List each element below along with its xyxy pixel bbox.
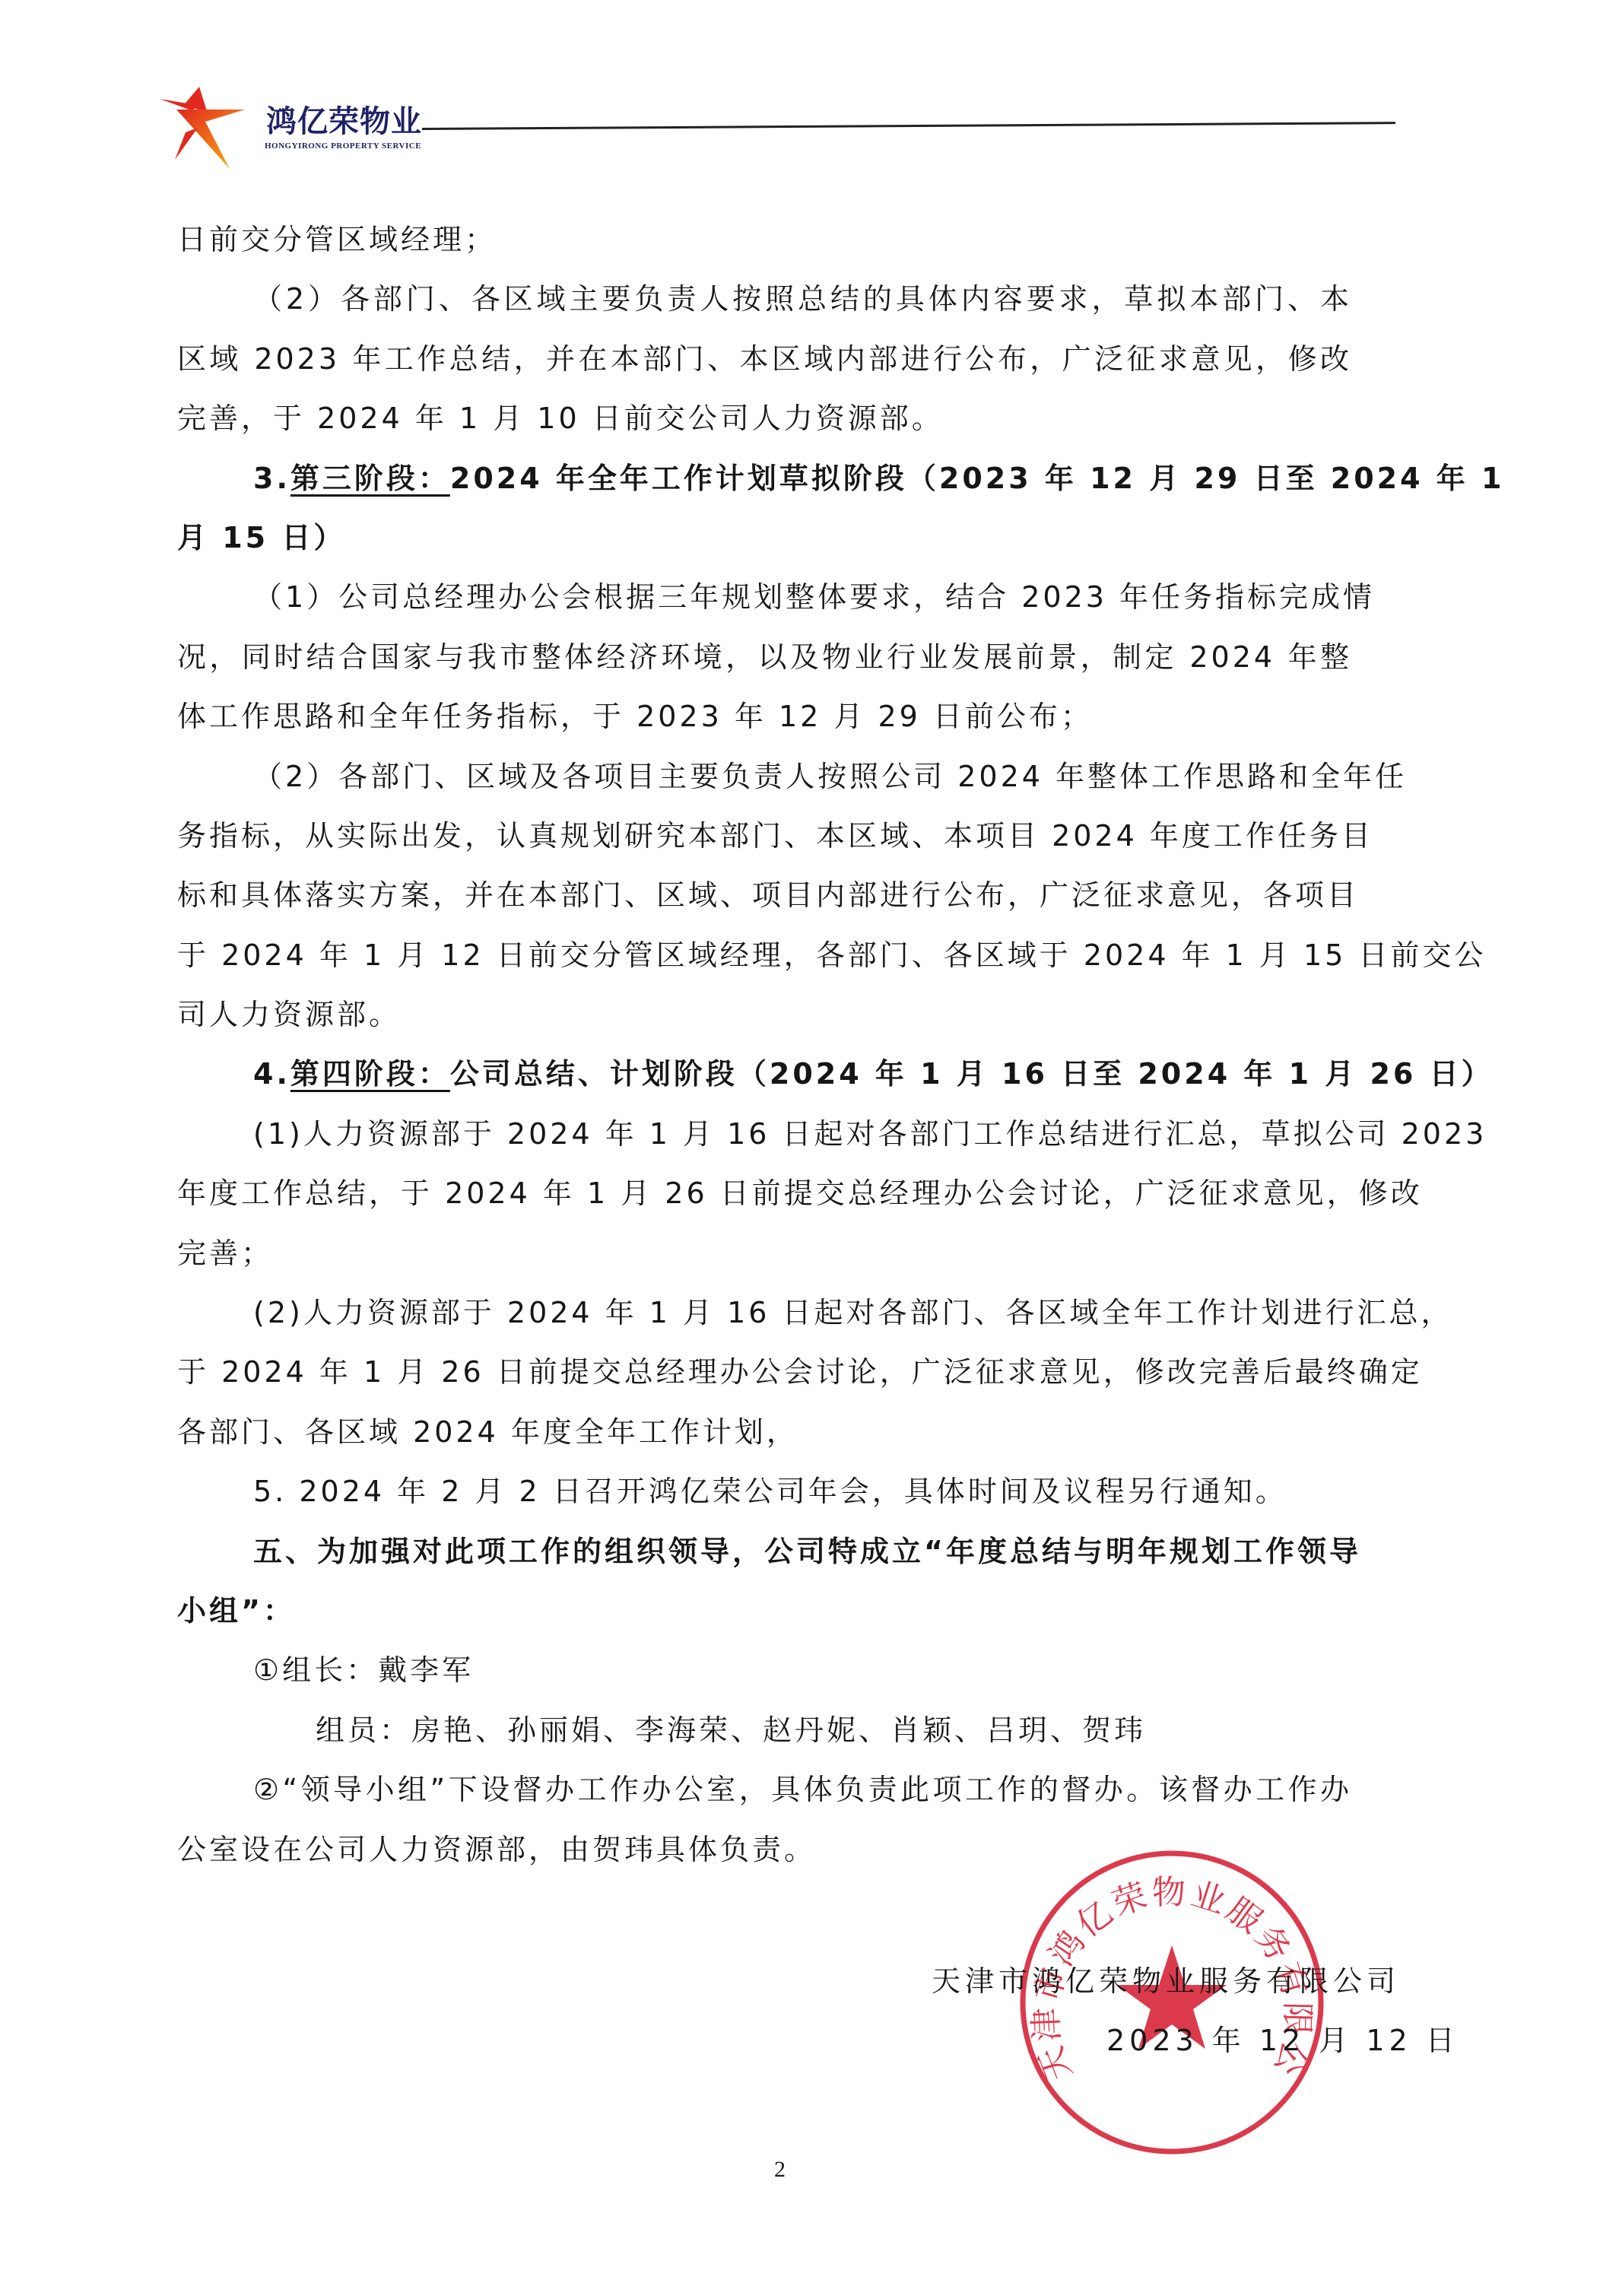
paragraph-line: 日前交分管区域经理； <box>177 210 1352 269</box>
stage3-title: 2024 年全年工作计划草拟阶段（2023 年 12 月 29 日至 2024 … <box>450 462 1505 495</box>
paragraph-line: 区域 2023 年工作总结，并在本部门、本区域内部进行公布，广泛征求意见，修改 <box>177 329 1352 389</box>
letterhead: 鸿亿荣物业 HONGYIRONG PROPERTY SERVICE <box>152 85 1399 169</box>
paragraph-line: 完善； <box>177 1224 1352 1283</box>
item5-line: 5. 2024 年 2 月 2 日召开鸿亿荣公司年会，具体时间及议程另行通知。 <box>177 1462 1352 1521</box>
paragraph-line: ②“领导小组”下设督办工作办公室，具体负责此项工作的督办。该督办工作办 <box>177 1760 1352 1819</box>
paragraph-line: 各部门、各区域 2024 年度全年工作计划， <box>177 1402 1352 1462</box>
paragraph-line: 于 2024 年 1 月 26 日前提交总经理办公会讨论，广泛征求意见，修改完善… <box>177 1342 1352 1402</box>
paragraph-line: 务指标，从实际出发，认真规划研究本部门、本区域、本项目 2024 年度工作任务目 <box>177 806 1352 865</box>
stage3-heading: 3.第三阶段：2024 年全年工作计划草拟阶段（2023 年 12 月 29 日… <box>177 449 1352 508</box>
paragraph-line: (2)人力资源部于 2024 年 1 月 16 日起对各部门、各区域全年工作计划… <box>177 1283 1352 1342</box>
page-number: 2 <box>774 2157 786 2183</box>
paragraph-line: 况，同时结合国家与我市整体经济环境，以及物业行业发展前景，制定 2024 年整 <box>177 627 1352 687</box>
paragraph-line: （1）公司总经理办公会根据三年规划整体要求，结合 2023 年任务指标完成情 <box>177 567 1352 627</box>
document-body: 日前交分管区域经理； （2）各部门、各区域主要负责人按照总结的具体内容要求，草拟… <box>177 210 1352 1879</box>
stage4-title: 公司总结、计划阶段（2024 年 1 月 16 日至 2024 年 1 月 26… <box>450 1057 1494 1091</box>
group-leader-line: ①组长：戴李军 <box>177 1640 1352 1700</box>
signature-company: 天津市鸿亿荣物业服务有限公司 <box>932 1962 1400 2000</box>
stage3-number: 3. <box>253 462 290 495</box>
section5-heading-cont: 小组”： <box>177 1581 1352 1640</box>
paragraph-line: （2）各部门、各区域主要负责人按照总结的具体内容要求，草拟本部门、本 <box>177 269 1352 329</box>
signature-date: 2023 年 12 月 12 日 <box>1106 2021 1459 2059</box>
header-divider <box>422 122 1395 130</box>
paragraph-line: 司人力资源部。 <box>177 985 1352 1044</box>
stage4-label: 第四阶段： <box>290 1057 450 1091</box>
paragraph-line: 于 2024 年 1 月 12 日前交分管区域经理，各部门、各区域于 2024 … <box>177 926 1352 985</box>
section5-heading: 五、为加强对此项工作的组织领导，公司特成立“年度总结与明年规划工作领导 <box>177 1522 1352 1581</box>
stage3-label: 第三阶段： <box>290 462 450 495</box>
paragraph-line: 体工作思路和全年任务指标，于 2023 年 12 月 29 日前公布； <box>177 687 1352 746</box>
paragraph-line: 月 15 日） <box>177 508 1352 567</box>
logo-english-name: HONGYIRONG PROPERTY SERVICE <box>265 141 421 151</box>
stage4-heading: 4.第四阶段：公司总结、计划阶段（2024 年 1 月 16 日至 2024 年… <box>177 1044 1352 1104</box>
logo-company-name: 鸿亿荣物业 <box>266 105 422 138</box>
group-members-line: 组员：房艳、孙丽娟、李海荣、赵丹妮、肖颖、吕玥、贺玮 <box>177 1701 1352 1760</box>
paragraph-line: （2）各部门、区域及各项目主要负责人按照公司 2024 年整体工作思路和全年任 <box>177 747 1352 806</box>
paragraph-line: (1)人力资源部于 2024 年 1 月 16 日起对各部门工作总结进行汇总，草… <box>177 1104 1352 1164</box>
paragraph-line: 年度工作总结，于 2024 年 1 月 26 日前提交总经理办公会讨论，广泛征求… <box>177 1164 1352 1223</box>
star-logo-icon <box>160 85 251 169</box>
paragraph-line: 标和具体落实方案，并在本部门、区域、项目内部进行公布，广泛征求意见，各项目 <box>177 865 1352 925</box>
paragraph-line: 完善，于 2024 年 1 月 10 日前交公司人力资源部。 <box>177 389 1352 448</box>
company-seal-icon: 天津市鸿亿荣物业服务有限公司 <box>1016 1847 1328 2158</box>
stage4-number: 4. <box>253 1057 290 1091</box>
